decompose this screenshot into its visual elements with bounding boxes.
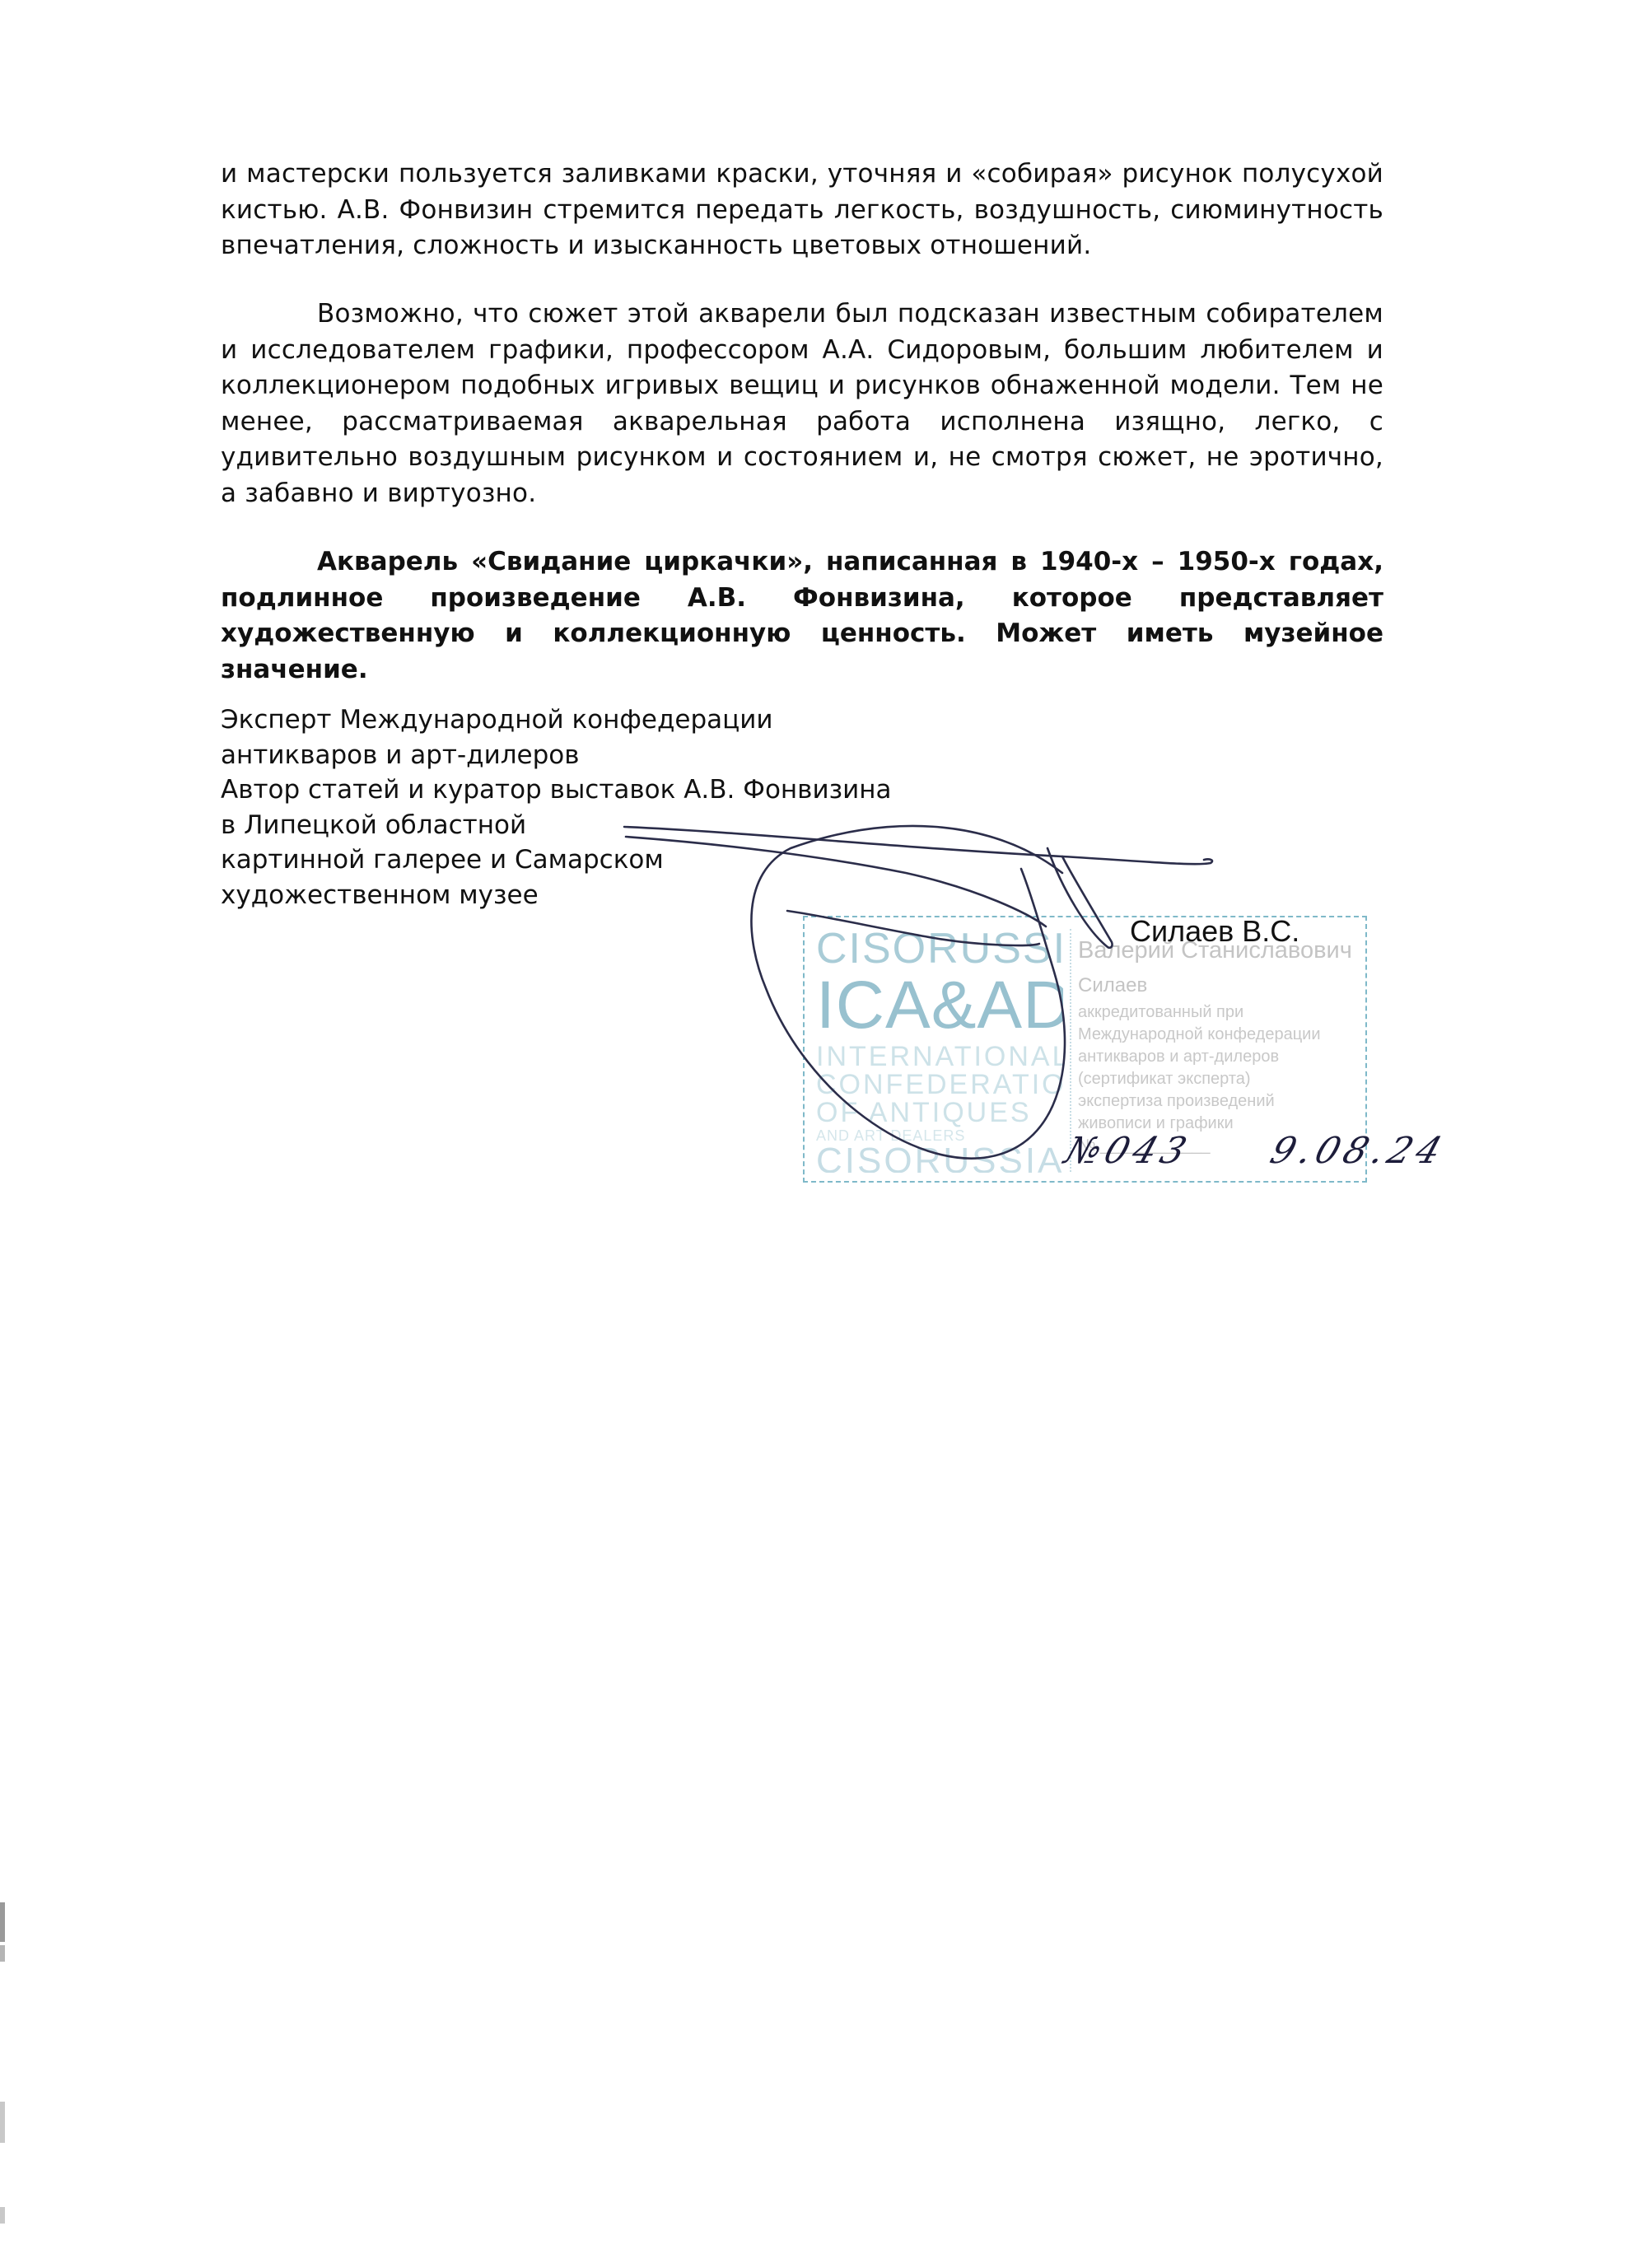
credential-line: Автор статей и куратор выставок А.В. Фон… xyxy=(221,772,892,808)
handwritten-number-date: №043 9.08.24 xyxy=(1060,1130,1452,1172)
handwritten-date: 9.08.24 xyxy=(1265,1130,1452,1172)
stamp-holder-details: Валерий Станиславович Силаев аккредитова… xyxy=(1078,936,1362,1157)
scan-edge-mark xyxy=(0,2207,5,2224)
handwritten-number: №043 xyxy=(1060,1130,1197,1172)
credential-line: Эксперт Международной конфедерации xyxy=(221,702,892,738)
credential-line: антикваров и арт-дилеров xyxy=(221,738,892,773)
scan-edge-mark xyxy=(0,2102,5,2143)
signer-name: Силаев В.С. xyxy=(1130,913,1299,950)
credential-line: в Липецкой областной xyxy=(221,808,892,843)
stamp-detail-line: аккредитованный при xyxy=(1078,1001,1362,1024)
credential-line: картинной галерее и Самарском xyxy=(221,842,892,878)
expert-credentials: Эксперт Международной конфедерации антик… xyxy=(221,702,892,912)
paragraph-text: Возможно, что сюжет этой акварели был по… xyxy=(221,296,1383,511)
paragraph-text: и мастерски пользуется заливками краски,… xyxy=(221,156,1383,264)
paragraph-technique: и мастерски пользуется заливками краски,… xyxy=(221,156,1383,264)
paragraph-conclusion: Акварель «Свидание циркачки», написанная… xyxy=(221,544,1383,688)
cinoa-logo-icon: CISORUSSIA ICA&AD INTERNATIONAL CONFEDER… xyxy=(816,927,1063,1173)
paragraph-subject-origin: Возможно, что сюжет этой акварели был по… xyxy=(221,296,1383,511)
credential-line: художественном музее xyxy=(221,878,892,913)
stamp-detail-line: экспертиза произведений xyxy=(1078,1090,1362,1113)
scan-edge-mark xyxy=(0,1902,5,1942)
document-page: и мастерски пользуется заливками краски,… xyxy=(0,0,1647,2268)
stamp-detail-line: Международной конфедерации xyxy=(1078,1024,1362,1046)
stamp-detail-line: антикваров и арт-дилеров xyxy=(1078,1046,1362,1068)
scan-edge-mark xyxy=(0,1945,5,1962)
stamp-holder-surname: Силаев xyxy=(1078,970,1362,1001)
conclusion-text: Акварель «Свидание циркачки», написанная… xyxy=(221,544,1383,688)
stamp-detail-line: (сертификат эксперта) xyxy=(1078,1068,1362,1090)
